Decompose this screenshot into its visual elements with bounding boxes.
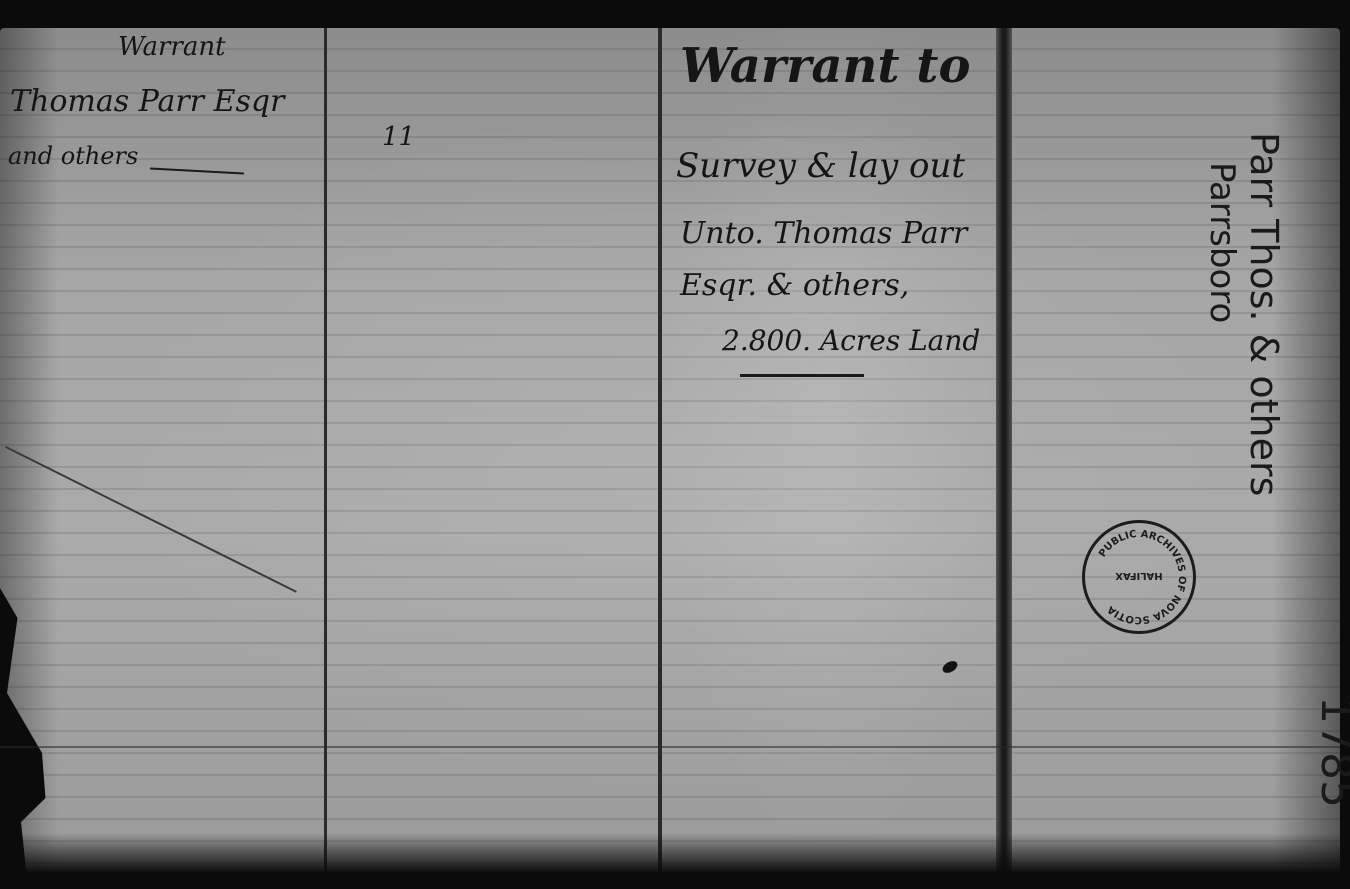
docket-title: Warrant — [118, 32, 226, 62]
archive-stamp: PUBLIC ARCHIVES OF NOVA SCOTIA HALIFAX — [1082, 520, 1196, 634]
warrant-heading: Warrant to — [680, 38, 970, 94]
warrant-line-esquire: Esqr. & others, — [680, 268, 909, 303]
warrant-line-grantee: Unto. Thomas Parr — [680, 216, 967, 251]
warrant-line-survey: Survey & lay out — [676, 146, 965, 186]
warrant-acreage: 2.800. Acres Land — [722, 324, 980, 357]
stamp-ring-icon: PUBLIC ARCHIVES OF NOVA SCOTIA HALIFAX — [1085, 523, 1193, 631]
document-sheet: Warrant Thomas Parr Esqr and others 11 W… — [0, 28, 1340, 873]
svg-text:HALIFAX: HALIFAX — [1115, 570, 1163, 581]
archive-label-place: Parrsboro — [1202, 162, 1242, 323]
docket-underline — [150, 168, 244, 175]
horizontal-crease — [0, 746, 1340, 748]
bottom-shadow — [0, 833, 1340, 873]
docket-name: Thomas Parr Esqr — [10, 84, 284, 119]
panel-mark: 11 — [382, 122, 415, 152]
docket-others: and others — [8, 142, 138, 170]
archive-label-year: 1785 — [1311, 696, 1350, 808]
ink-blot — [941, 659, 960, 676]
archive-label-name: Parr Thos. & others — [1242, 132, 1286, 496]
fold-crease-diagonal — [5, 446, 297, 593]
warrant-underline — [740, 374, 864, 377]
